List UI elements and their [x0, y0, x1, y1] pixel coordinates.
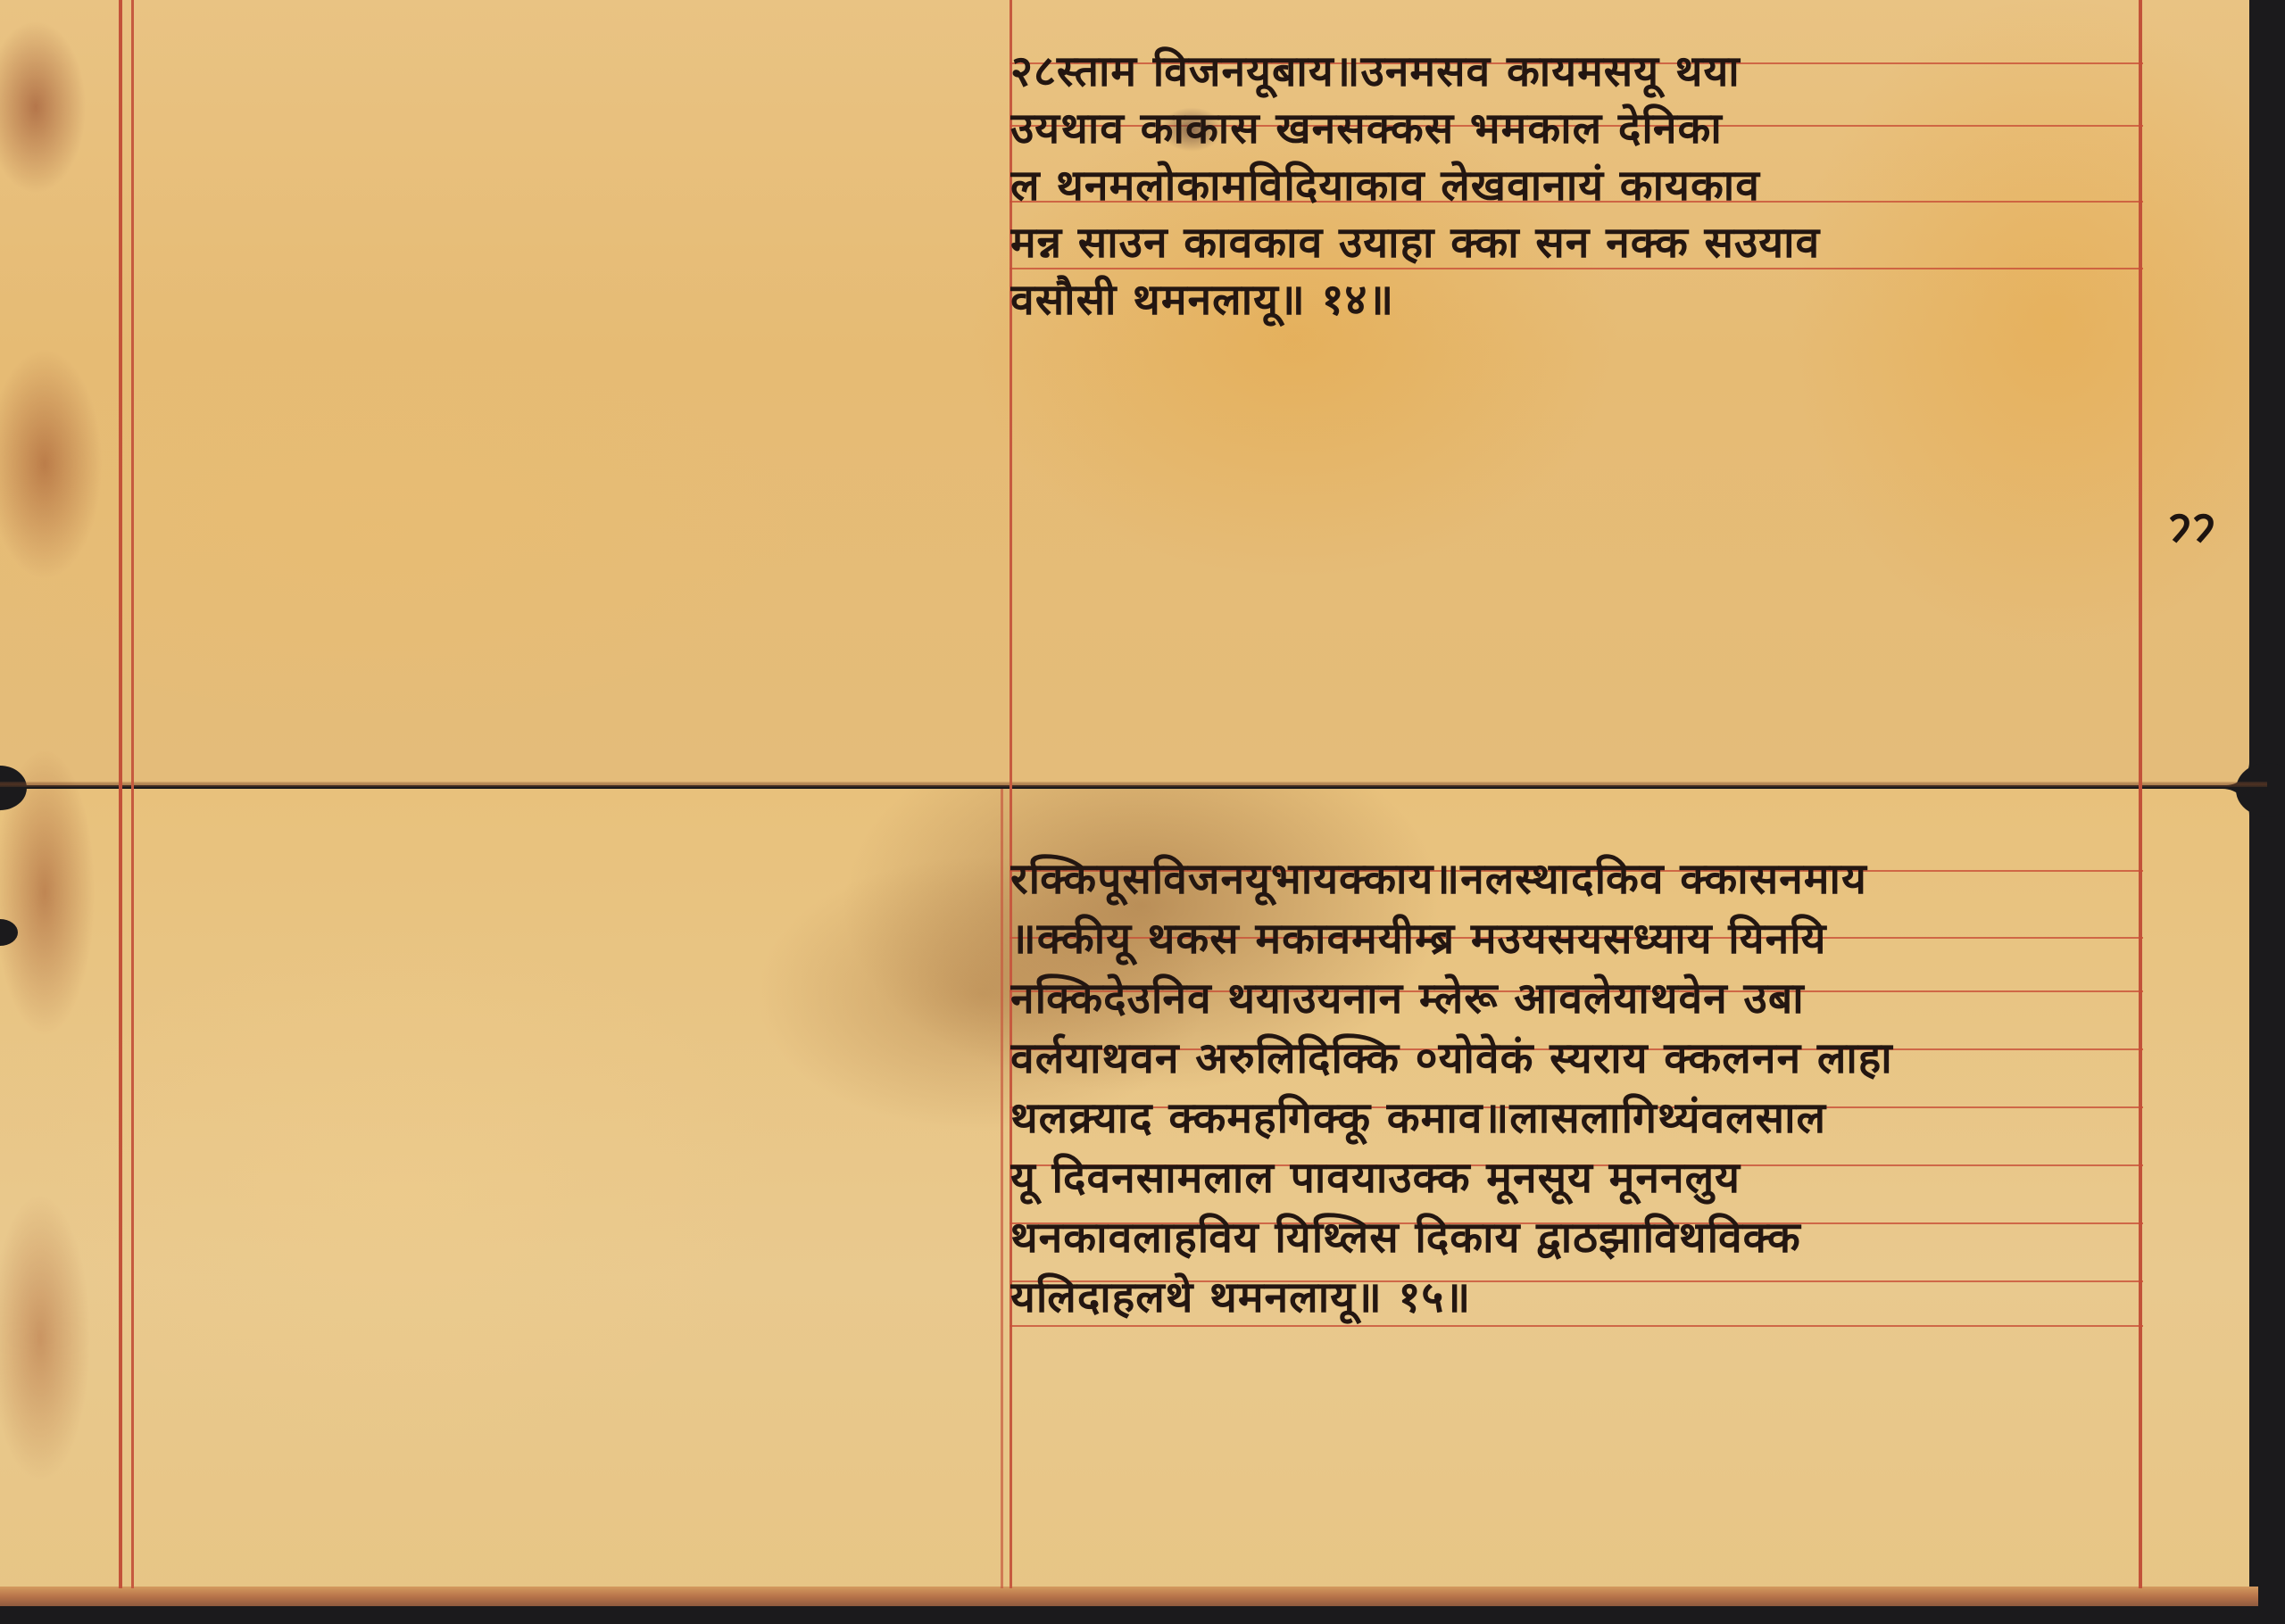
text-line: यू दिवनसामलाल पावयाउक्क मूनसूय मूननलुय — [1010, 1148, 2144, 1208]
text-line: २८स्ताम विजनयूबाय॥उनमसव कायमसयू थया — [1010, 43, 2144, 100]
folio-number: ८८ — [2168, 505, 2216, 551]
text-block-top: २८स्ताम विजनयूबाय॥उनमसव कायमसयू थया उयथा… — [1010, 43, 2144, 328]
text-line: ॥क्कीयू थकस मकावमयीम्ब्र मउयसयसध्याय यिन… — [1010, 909, 2144, 969]
text-line: मन्न साउन कावकाव उयाहा क्का सन नक्क सउया… — [1010, 214, 2144, 271]
manuscript-photo: २८स्ताम विजनयूबाय॥उनमसव कायमसयू थया उयथा… — [0, 0, 2285, 1624]
column-divider-rule-secondary — [1001, 789, 1003, 1588]
left-margin-rule-outer — [119, 0, 122, 1588]
text-line: उयथाव काकास खनसक्कस भमकाल देनिका — [1010, 100, 2144, 157]
text-line: रक्किपूसविजनयूभायक्काय॥नलस्थादकिव क्कासन… — [1010, 849, 2144, 909]
page-fold — [0, 782, 2267, 787]
text-line-verse-end: वसौसी थमनलायू॥ १४॥ — [1010, 271, 2144, 328]
text-block-bottom: रक्किपूसविजनयूभायक्काय॥नलस्थादकिव क्कासन… — [1010, 849, 2144, 1328]
text-line: थलक्र्याद क्कमहगिक्कू कमाव॥लासलागिथ्यंवल… — [1010, 1089, 2144, 1148]
text-line: नक्किदेउनिव थयाउयनान म्लेरू आवलेयाथवेन उ… — [1010, 969, 2144, 1029]
left-margin-rule-inner — [131, 0, 134, 1588]
text-line: वर्लयाथवन अरुलिदिक्कि ०योवेकं स्यराय क्क… — [1010, 1029, 2144, 1089]
leaf-stack-edge — [0, 1587, 2258, 1606]
text-line: ल थनमलोकामविदियाकाव लेखवानायं कायकाव — [1010, 157, 2144, 214]
text-line: थनकावलाहविय यिथ्लिस दिकाय द्वाठझाविथविक्… — [1010, 1208, 2144, 1268]
text-line-verse-end: यलिदाहलथे थमनलायू॥ १५॥ — [1010, 1268, 2144, 1328]
